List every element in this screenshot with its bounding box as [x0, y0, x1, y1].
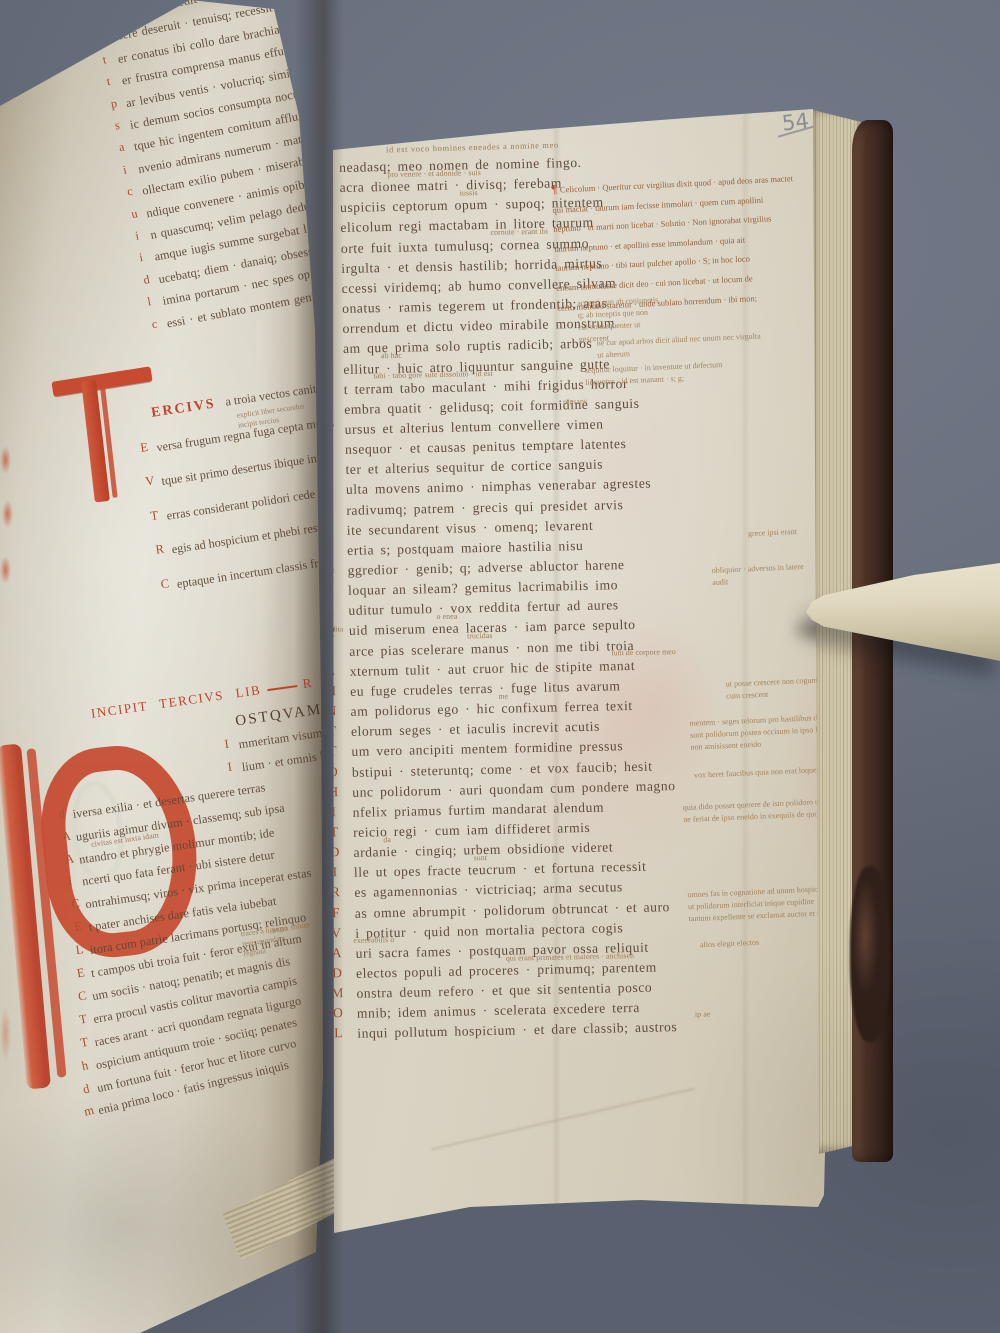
verse-text: ite secundarent visus · omenq; levarent — [347, 517, 594, 538]
verse-text: electos populi ad proceres · primumq; pa… — [356, 960, 657, 982]
red-edge-mark — [2, 500, 13, 528]
interlinear-gloss: ab hac — [381, 351, 402, 360]
rubric-flourish — [267, 685, 297, 691]
verse-initial: E — [76, 965, 86, 981]
verse-text: i potitur · quid non mortalia pectora co… — [355, 920, 623, 942]
margin-gloss-line: grece ipsi erant — [748, 526, 797, 540]
verse-initial: i — [122, 162, 128, 177]
verse-initial: d — [58, 806, 66, 822]
manuscript-photograph: hec ubi dicta dedit · lacrimantem et mul… — [0, 0, 1000, 1333]
verse-initial: C — [77, 988, 88, 1004]
verse-text: ertia s; postquam maiore hastilia nisu — [347, 538, 583, 559]
margin-gloss: omnes fas in cognatione ad unum hospicii… — [687, 883, 839, 926]
bone-folder — [806, 556, 1000, 668]
margin-gloss: alios elegit electos — [700, 937, 760, 952]
parchment-crease — [431, 1088, 695, 1151]
verse-initial: A — [61, 828, 72, 844]
margin-gloss: grece ipsi erant — [748, 526, 797, 540]
red-edge-mark — [0, 1006, 11, 1062]
interlinear-gloss: me — [498, 691, 508, 700]
verse-text: lle ut opes fracte teucrum · et fortuna … — [354, 859, 647, 881]
verse-text: radivumq; patrem · grecis qui presidet a… — [346, 497, 623, 519]
verse-initial: C — [160, 576, 170, 592]
verse-text: elorum seges · et iaculis increvit acuti… — [351, 719, 600, 740]
verse-text: ter et alterius sequitur de cortice sang… — [345, 457, 603, 478]
verse-text: embra quatit · gelidusq; coit formidine … — [344, 396, 640, 418]
marginal-commentary-block: ¶Celicolum · Queritur cur virgilius dixi… — [551, 166, 847, 318]
verse-initial: d — [142, 272, 151, 288]
verse-initial: m — [83, 1103, 96, 1120]
verse-text: mnib; idem animus · scelerata excedere t… — [357, 1000, 640, 1022]
interlinear-gloss: o enea — [437, 612, 458, 621]
verse-initial: I — [224, 737, 230, 752]
argument-heading: ERCIVS — [150, 396, 217, 421]
margin-gloss: obliquior · adversus in latereaudit — [712, 561, 805, 589]
verse-text: xternum tulit · aut cruor hic de stipite… — [350, 658, 636, 680]
verse-initial: T — [78, 1011, 88, 1027]
verse-initial: h — [93, 8, 102, 24]
verse-initial: d — [97, 30, 106, 46]
verse-initial: A — [64, 851, 75, 867]
verse-text: am polidorus ego · hic confixum ferrea t… — [350, 698, 632, 720]
verse-text: uditur tumulo · vox reddita fertur ad au… — [348, 598, 619, 620]
red-edge-mark — [0, 446, 11, 474]
verse-text: nfelix priamus furtim mandarat alendum — [353, 799, 605, 820]
verse-initial: T — [79, 1034, 89, 1050]
verse-initial: p — [110, 96, 119, 112]
margin-gloss: pinsans — [563, 395, 588, 408]
leather-binding-band — [850, 866, 890, 1042]
verse-text: acra dionee matri · divisq; ferebam — [339, 175, 562, 196]
verse-initial: a — [118, 140, 126, 156]
verse-initial: i — [134, 228, 140, 243]
margin-gloss-line: alios elegit electos — [700, 937, 760, 952]
verse-initial: c — [150, 316, 158, 332]
verse-initial: I — [227, 759, 233, 774]
verse-initial: d — [81, 1081, 90, 1097]
verse-initial: V — [144, 473, 155, 489]
verse-text: es agamennonias · victriciaq; arma secut… — [354, 880, 623, 902]
interlinear-gloss: ip ae — [695, 1009, 711, 1018]
interlinear-gloss: iussis — [460, 188, 478, 197]
verse-text: nsequor · et causas penitus temptare lat… — [345, 436, 627, 458]
verse-initial: c — [126, 184, 134, 200]
verse-text: ursus et alterius lentum convellere vime… — [345, 416, 604, 437]
interlinear-gloss: sunt — [474, 853, 488, 862]
verse-initial: h — [80, 1058, 89, 1074]
verse-initial: l — [146, 294, 152, 309]
verse-initial: i — [138, 250, 144, 265]
interlinear-gloss: cornute · erant ibi — [490, 227, 548, 237]
verse-initial: t — [101, 52, 107, 67]
verse-text: bstipui · steteruntq; come · et vox fauc… — [352, 758, 653, 780]
gutter-shadow — [294, 0, 344, 1333]
verse-text: loquar an sileam? gemitus lacrimabilis i… — [348, 577, 618, 599]
verse-initial: L — [75, 942, 85, 958]
verse-text: onstra deum refero · et que sit sententi… — [356, 980, 652, 1002]
verse-text: eu fuge crudeles terras · fuge litus ava… — [350, 678, 621, 700]
margin-gloss-line: pinsans — [563, 395, 588, 408]
pilcrow-icon: ¶ — [551, 180, 557, 200]
verse-text: um vero ancipiti mentem formidine pressu… — [351, 739, 623, 761]
left-page: hec ubi dicta dedit · lacrimantem et mul… — [0, 0, 344, 1333]
interlinear-gloss: id est voco homines eneades a nomine meo — [386, 141, 559, 155]
interlinear-gloss: trucidas — [467, 631, 493, 641]
interlinear-gloss: execrabilis o — [353, 935, 394, 945]
verse-initial: s — [114, 118, 121, 134]
verse-text: arce pias scelerare manus · non me tibi … — [349, 638, 634, 660]
verse-text: ggredior · genib; q; adverse abluctor ha… — [347, 557, 624, 579]
verse-initial: C — [70, 896, 80, 912]
verse-initial: T — [150, 508, 160, 524]
verse-initial: u — [130, 206, 139, 222]
verse-initial: R — [155, 542, 165, 558]
verse-initial: t — [105, 74, 111, 89]
verse-initial: E — [74, 919, 84, 935]
interlinear-gloss: tum de corpore meo — [611, 647, 676, 657]
verse-text: orte fuit iuxta tumulusq; cornea summo — [341, 235, 589, 256]
red-edge-mark — [0, 556, 11, 584]
verse-text: orrendum et dictu video mirabile monstru… — [342, 315, 615, 337]
verse-initial: E — [139, 439, 149, 455]
interlinear-gloss: da — [383, 835, 391, 844]
